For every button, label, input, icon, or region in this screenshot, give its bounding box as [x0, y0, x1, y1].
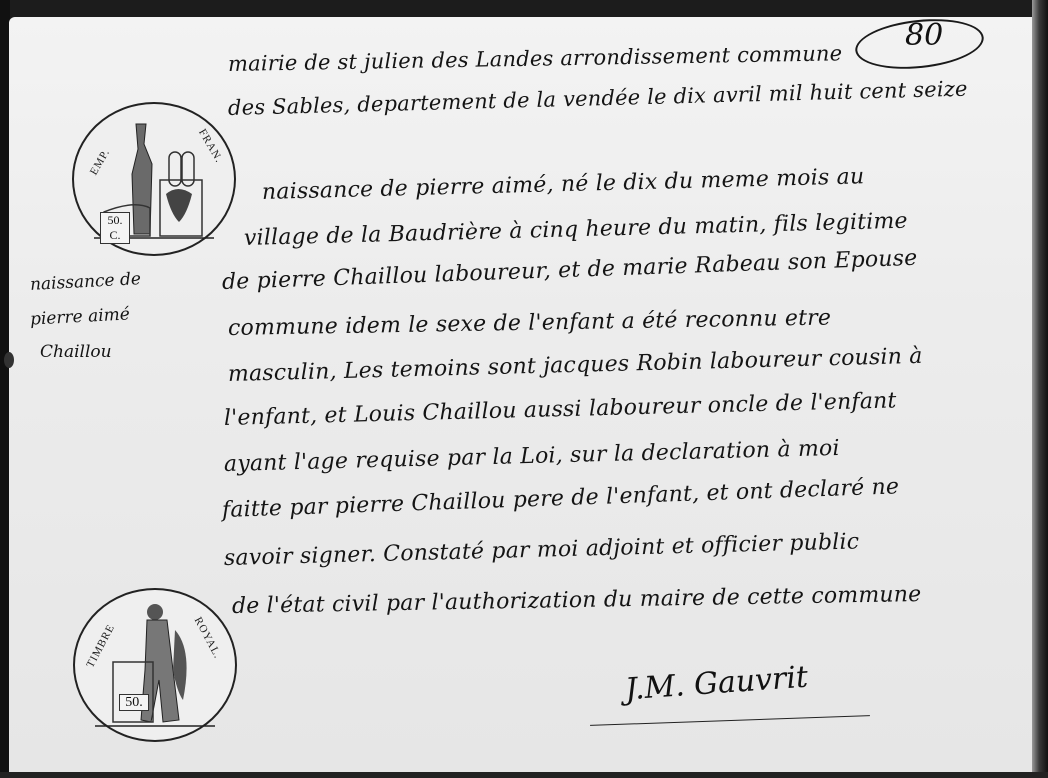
empire-stamp: EMP. FRAN. 50. C.: [72, 102, 236, 256]
scan-bottom-border: [0, 772, 1048, 778]
stamp-figure-icon: [75, 590, 235, 740]
stamp-value: 50. C.: [100, 212, 130, 244]
folio-number: 80: [905, 18, 943, 53]
margin-note-line: Chaillou: [40, 342, 112, 362]
stamp-value: 50.: [119, 694, 149, 711]
stamp-figure-icon: [74, 104, 234, 254]
scan-right-border: [1032, 0, 1048, 778]
royal-stamp: TIMBRE ROYAL. 50.: [73, 588, 237, 742]
binding-hole: [4, 352, 14, 368]
